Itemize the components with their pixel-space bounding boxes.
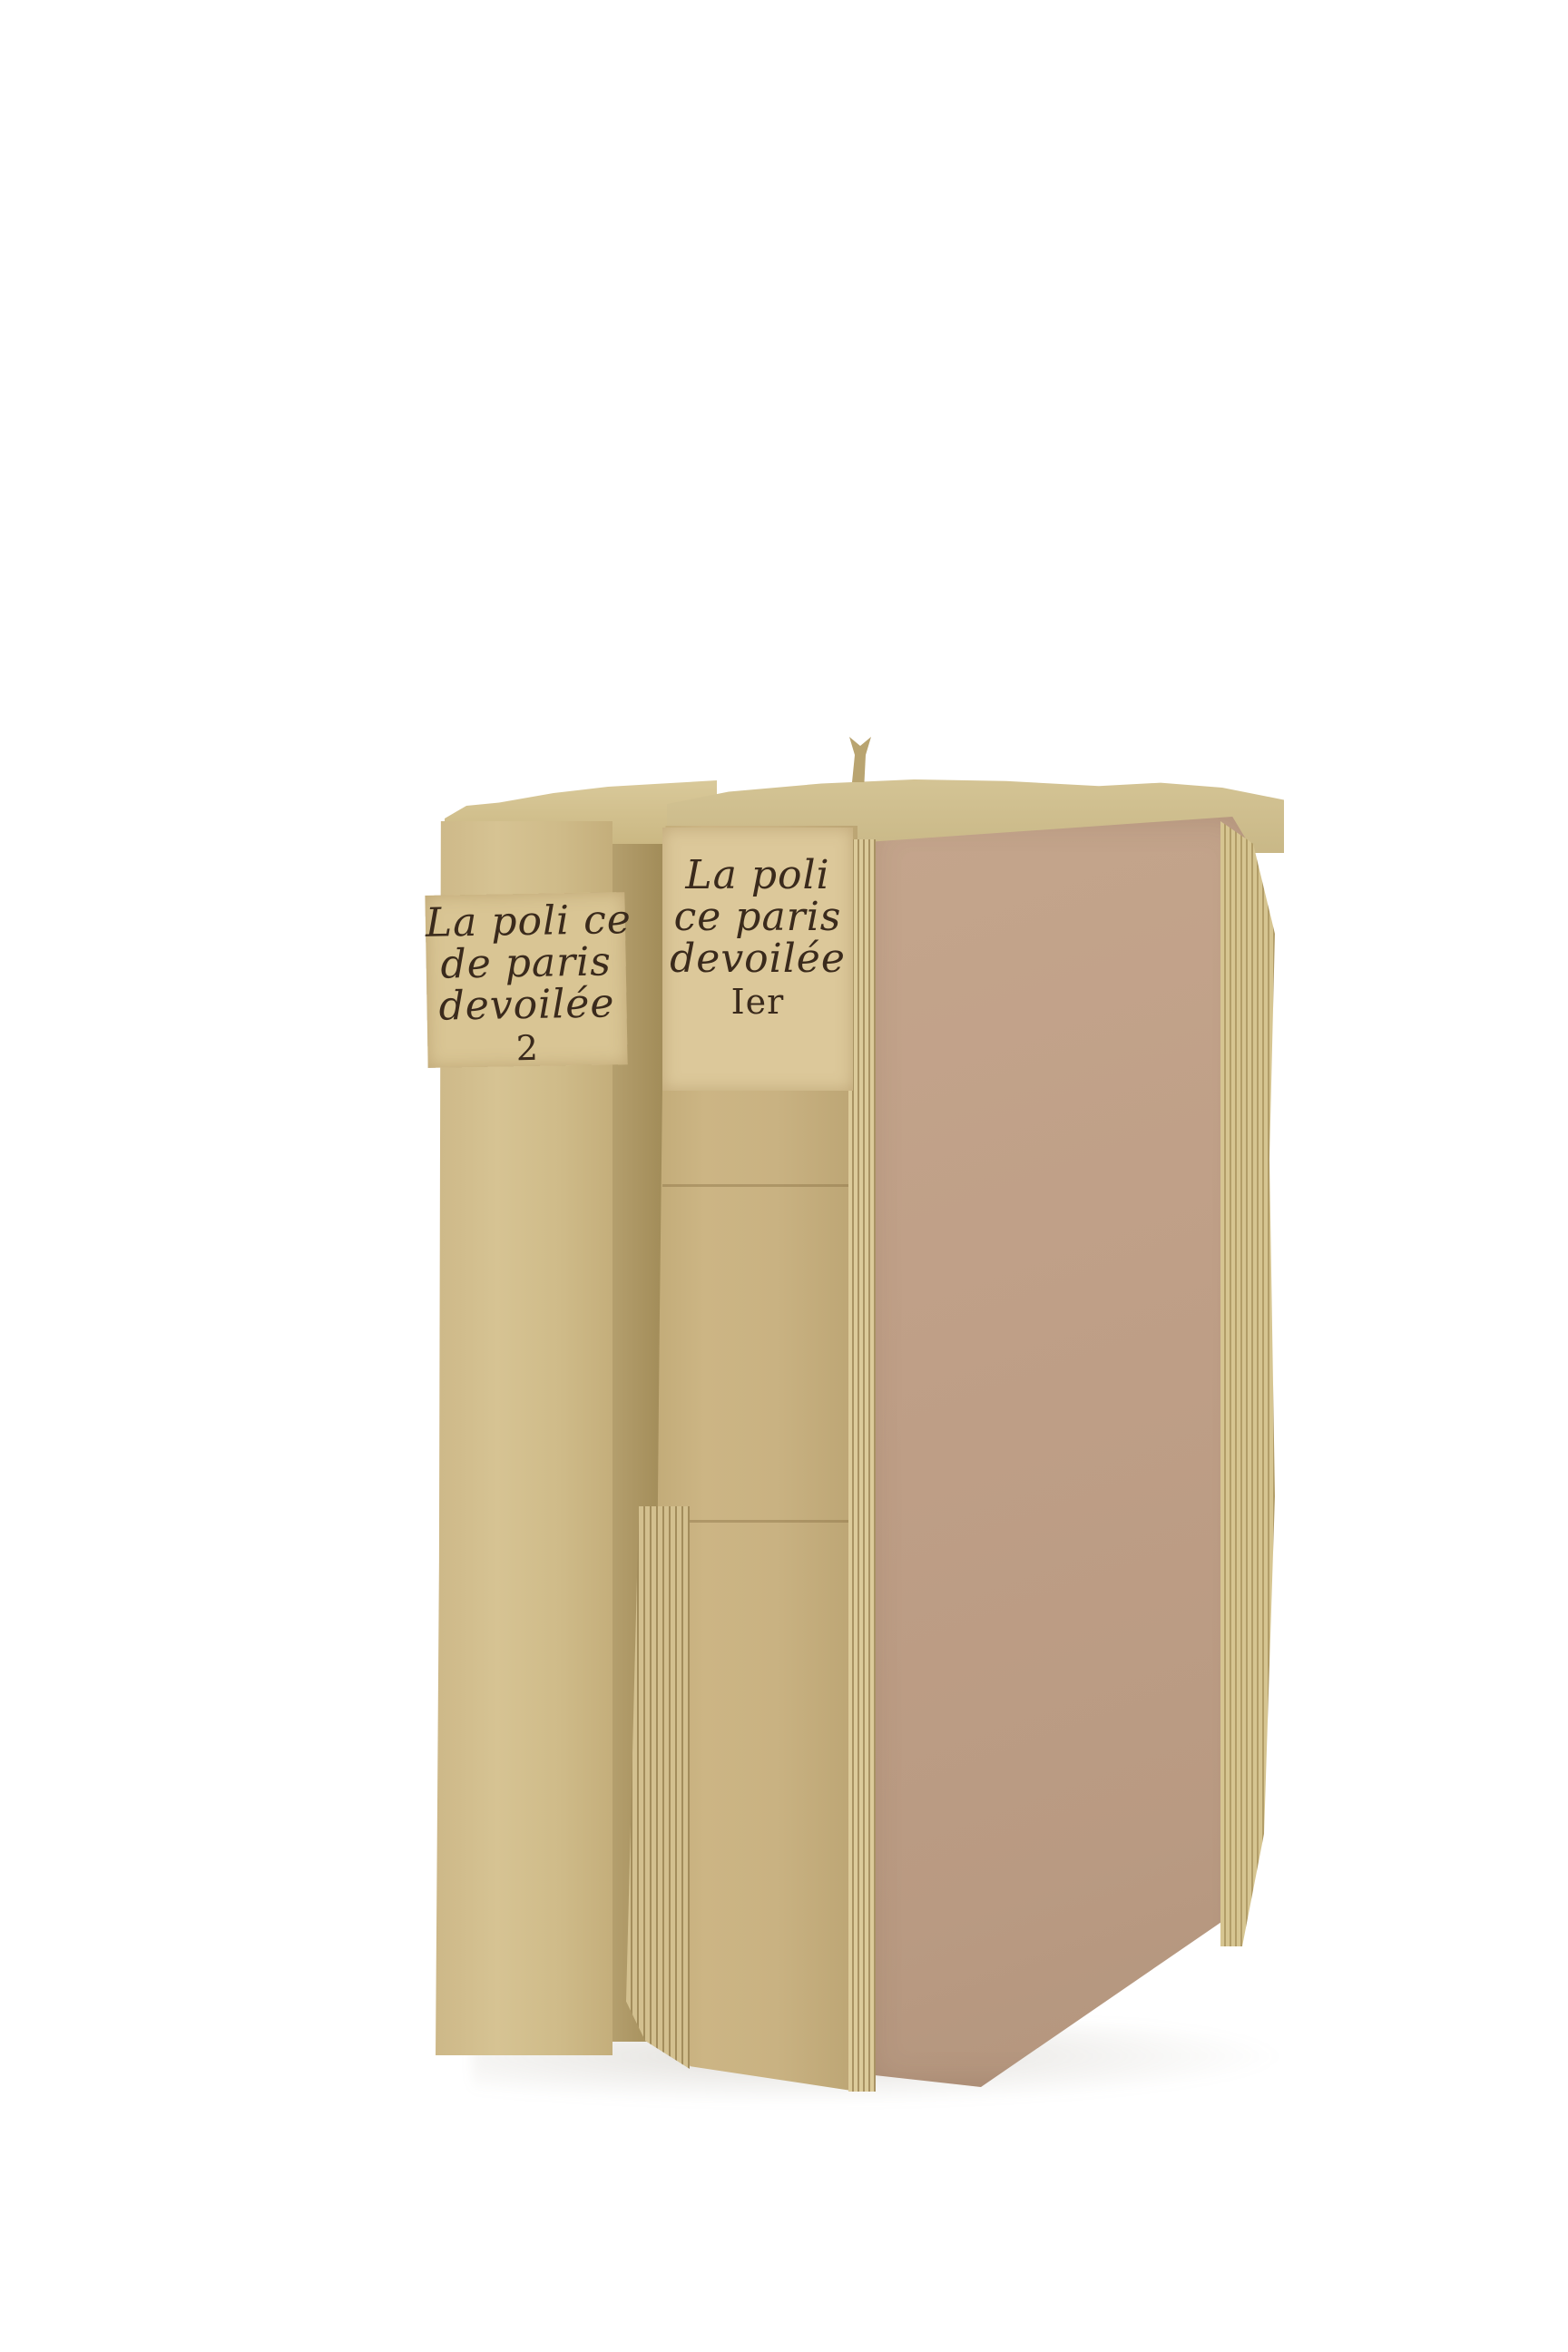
spine-band [662, 1184, 848, 1187]
label-title-line: ce paris [662, 897, 853, 938]
label-title-line: devoilée [426, 983, 627, 1028]
spine-band [662, 1520, 848, 1523]
volume-number: 2 [427, 1029, 628, 1069]
label-title-line: de paris [426, 941, 626, 986]
book-photo-scene: La poli ce de paris devoilée 2 La poli c… [0, 0, 1568, 2352]
volume-number: Ier [662, 985, 853, 1021]
volume-1-fore-edge [1220, 821, 1275, 1946]
label-title-line: La poli ce [425, 899, 625, 945]
volume-1-front-cover [867, 817, 1248, 2087]
volume-2-spine-label: La poli ce de paris devoilée 2 [425, 892, 627, 1068]
label-title-line: La poli [662, 855, 853, 897]
label-title-line: devoilée [662, 938, 853, 980]
volume-1-spine-label: La poli ce paris devoilée Ier [662, 828, 853, 1091]
torn-paper-tab [844, 737, 871, 782]
